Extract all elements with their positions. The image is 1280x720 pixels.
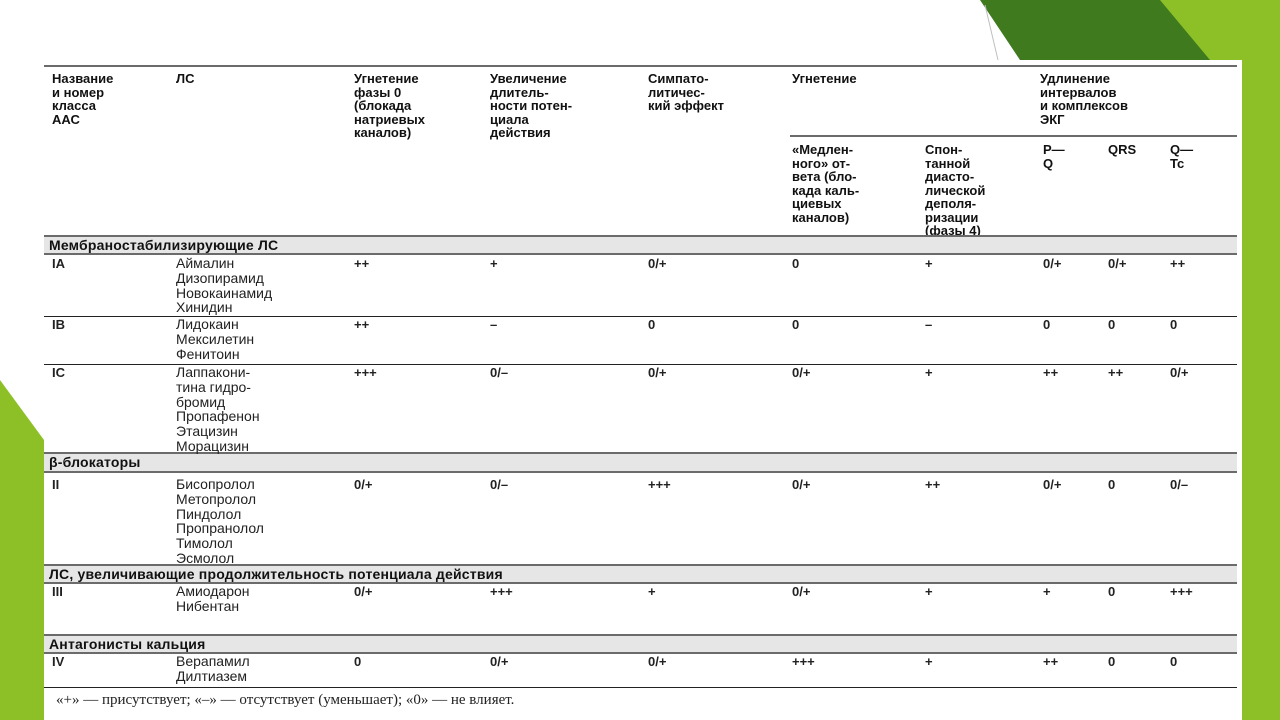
effect-value: 0 bbox=[1108, 318, 1115, 332]
table-footnote: «+» — присутствует; «–» — отсутствует (у… bbox=[56, 692, 514, 709]
effect-value: 0 bbox=[648, 318, 655, 332]
effect-value: 0/– bbox=[1170, 478, 1188, 492]
effect-value: 0/+ bbox=[648, 655, 666, 669]
effect-value: 0/+ bbox=[792, 478, 810, 492]
section-title: Антагонисты кальция bbox=[49, 636, 205, 652]
section-membrane-stabilizing: Мембраностабилизирующие ЛС bbox=[44, 235, 1237, 255]
section-title: ЛС, увеличивающие продолжительность поте… bbox=[49, 566, 503, 582]
header-subrule bbox=[790, 135, 1237, 137]
section-ap-prolonging: ЛС, увеличивающие продолжительность поте… bbox=[44, 564, 1237, 584]
section-title: β-блокаторы bbox=[49, 454, 141, 470]
effect-value: 0/+ bbox=[354, 585, 372, 599]
effect-value: – bbox=[925, 318, 932, 332]
header-spontaneous-depolarization: Спон- танной диасто- лической деполя- ри… bbox=[925, 143, 985, 238]
drug-list: Бисопролол Метопролол Пиндолол Пропранол… bbox=[176, 477, 264, 566]
effect-value: ++ bbox=[1043, 655, 1058, 669]
effect-value: ++ bbox=[1043, 366, 1058, 380]
header-ap-duration: Увеличение длитель- ности потен- циала д… bbox=[490, 72, 572, 140]
effect-value: + bbox=[925, 585, 933, 599]
effect-value: +++ bbox=[490, 585, 513, 599]
class-number: IB bbox=[52, 318, 65, 332]
effect-value: 0 bbox=[792, 318, 799, 332]
effect-value: 0 bbox=[1108, 585, 1115, 599]
effect-value: 0 bbox=[354, 655, 361, 669]
effect-value: 0/+ bbox=[490, 655, 508, 669]
effect-value: 0/– bbox=[490, 366, 508, 380]
effect-value: 0/+ bbox=[1108, 257, 1126, 271]
effect-value: 0/+ bbox=[1170, 366, 1188, 380]
header-sympatholytic: Симпато- литичес- кий эффект bbox=[648, 72, 724, 113]
header-pq: P— Q bbox=[1043, 143, 1065, 170]
effect-value: + bbox=[925, 655, 933, 669]
effect-value: 0 bbox=[1108, 478, 1115, 492]
header-qrs: QRS bbox=[1108, 143, 1136, 157]
section-beta-blockers: β-блокаторы bbox=[44, 452, 1237, 473]
effect-value: – bbox=[490, 318, 497, 332]
effect-value: 0 bbox=[1043, 318, 1050, 332]
effect-value: 0/– bbox=[490, 478, 508, 492]
header-inhibition: Угнетение bbox=[792, 72, 857, 86]
table-bottom-rule bbox=[44, 687, 1237, 688]
effect-value: + bbox=[925, 366, 933, 380]
effect-value: 0/+ bbox=[648, 366, 666, 380]
header-phase0: Угнетение фазы 0 (блокада натриевых кана… bbox=[354, 72, 425, 140]
effect-value: ++ bbox=[925, 478, 940, 492]
class-number: IC bbox=[52, 366, 65, 380]
effect-value: + bbox=[1043, 585, 1051, 599]
effect-value: ++ bbox=[354, 318, 369, 332]
drug-list: Амиодарон Нибентан bbox=[176, 584, 250, 614]
drug-table-card: Название и номер класса ААС ЛС Угнетение… bbox=[44, 60, 1242, 720]
effect-value: 0/+ bbox=[648, 257, 666, 271]
effect-value: 0/+ bbox=[792, 366, 810, 380]
class-number: III bbox=[52, 585, 63, 599]
header-slow-response: «Медлен- ного» от- вета (бло- када каль-… bbox=[792, 143, 859, 224]
effect-value: 0 bbox=[1170, 655, 1177, 669]
effect-value: 0/+ bbox=[1043, 257, 1061, 271]
effect-value: ++ bbox=[354, 257, 369, 271]
header-drug: ЛС bbox=[176, 72, 195, 86]
class-number: IA bbox=[52, 257, 65, 271]
effect-value: ++ bbox=[1170, 257, 1185, 271]
effect-value: + bbox=[648, 585, 656, 599]
section-title: Мембраностабилизирующие ЛС bbox=[49, 237, 278, 253]
table-top-rule bbox=[44, 65, 1237, 67]
section-calcium-antagonists: Антагонисты кальция bbox=[44, 634, 1237, 654]
drug-list: Аймалин Дизопирамид Новокаинамид Хинидин bbox=[176, 256, 272, 315]
drug-list: Верапамил Дилтиазем bbox=[176, 654, 250, 684]
effect-value: 0/+ bbox=[354, 478, 372, 492]
drug-list: Лаппакони- тина гидро- бромид Пропафенон… bbox=[176, 365, 260, 454]
effect-value: 0/+ bbox=[792, 585, 810, 599]
effect-value: + bbox=[490, 257, 498, 271]
effect-value: 0 bbox=[1170, 318, 1177, 332]
class-number: II bbox=[52, 478, 59, 492]
drug-list: Лидокаин Мексилетин Фенитоин bbox=[176, 317, 254, 361]
effect-value: +++ bbox=[792, 655, 815, 669]
effect-value: 0 bbox=[792, 257, 799, 271]
effect-value: 0 bbox=[1108, 655, 1115, 669]
header-class-name: Название и номер класса ААС bbox=[52, 72, 113, 126]
effect-value: 0/+ bbox=[1043, 478, 1061, 492]
effect-value: +++ bbox=[354, 366, 377, 380]
effect-value: +++ bbox=[1170, 585, 1193, 599]
header-qtc: Q— Tc bbox=[1170, 143, 1193, 170]
accent-shape-left bbox=[0, 380, 44, 720]
class-number: IV bbox=[52, 655, 64, 669]
effect-value: + bbox=[925, 257, 933, 271]
effect-value: ++ bbox=[1108, 366, 1123, 380]
header-ecg: Удлинение интервалов и комплексов ЭКГ bbox=[1040, 72, 1128, 126]
effect-value: +++ bbox=[648, 478, 671, 492]
